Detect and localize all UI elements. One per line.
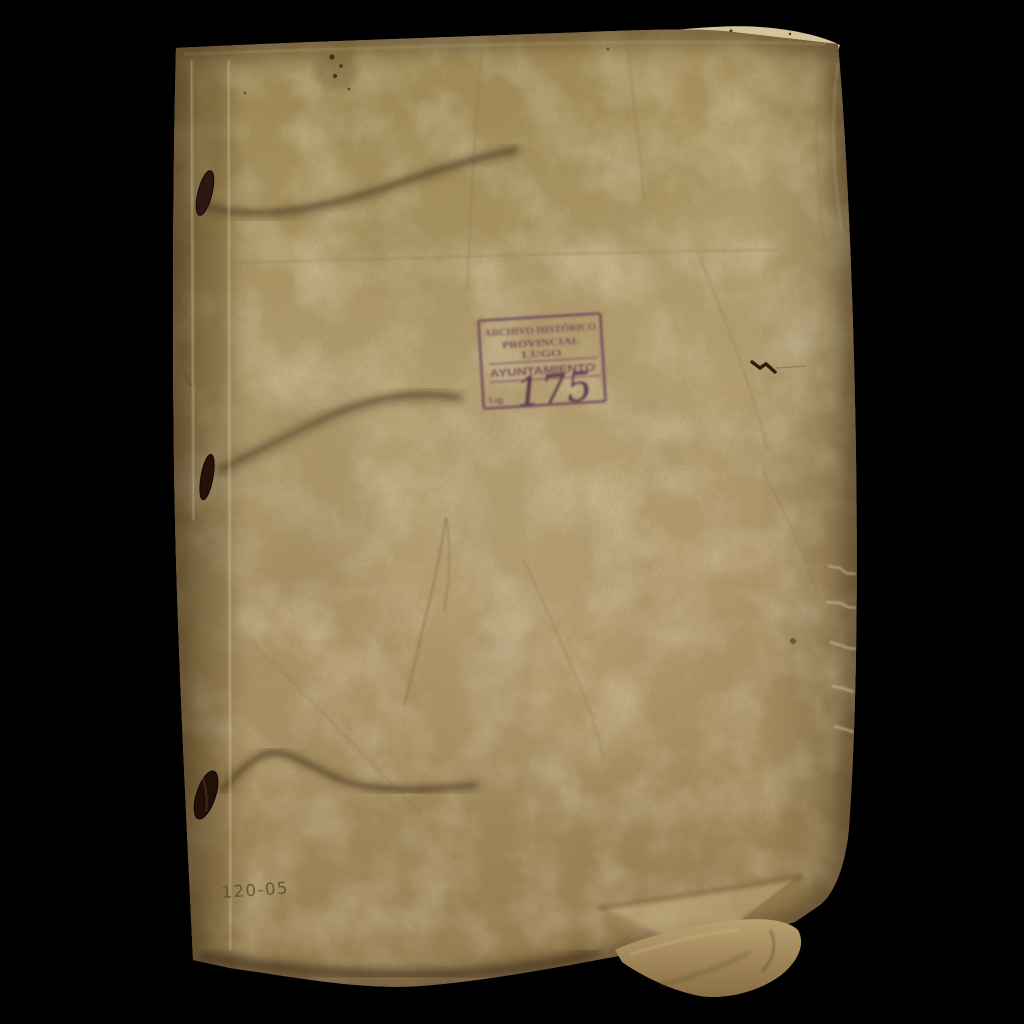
archival-volume-photo: ARCHIVO HISTÓRICO PROVINCIAL LUGO AYUNTA… <box>0 0 1024 1024</box>
photo-stage: ARCHIVO HISTÓRICO PROVINCIAL LUGO AYUNTA… <box>0 0 1024 1024</box>
stamp-handwritten-number: 175 <box>514 364 594 417</box>
vellum-cover <box>120 20 870 1020</box>
parchment-texture <box>120 20 870 1020</box>
stamp-legajo-label: Leg. <box>489 395 504 405</box>
